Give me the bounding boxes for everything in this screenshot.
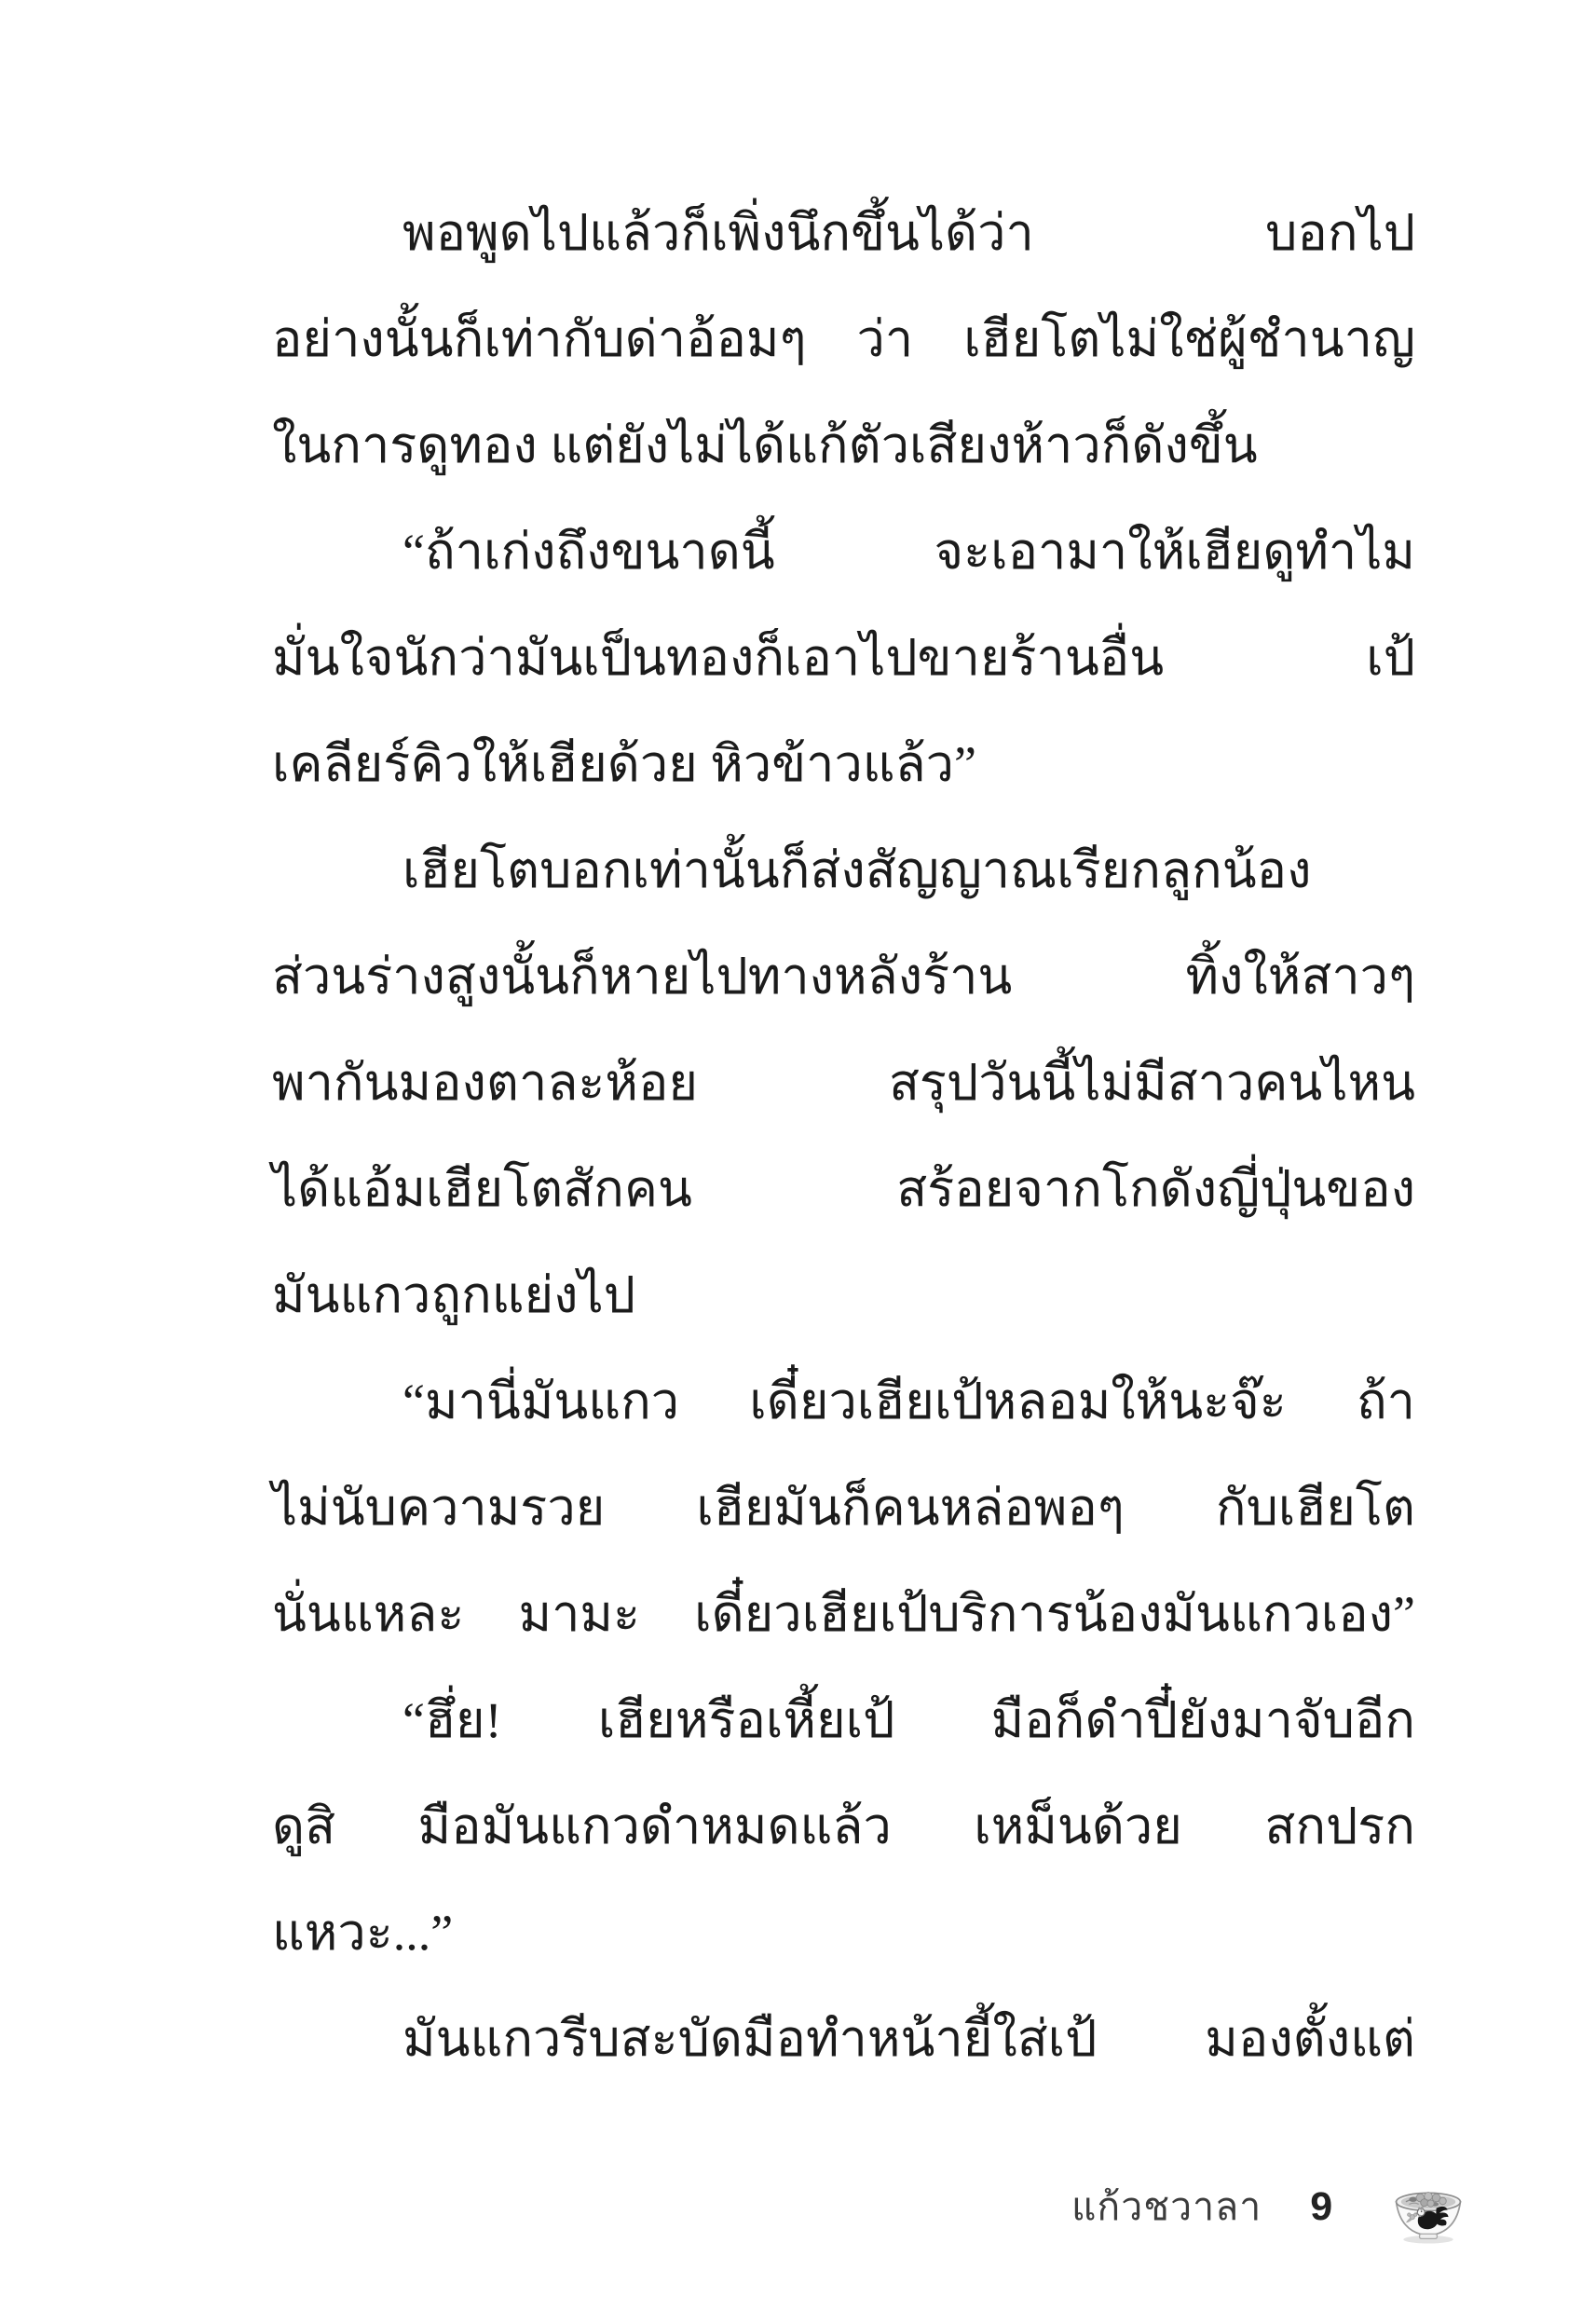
text-line: มันแกวถูกแย่งไป (272, 1242, 1415, 1348)
text-line: “ถ้าเก่งถึงขนาดนี้ จะเอามาให้เฮียดูทำไม (272, 499, 1415, 605)
text-line: นั่นแหละ มามะ เดี๋ยวเฮียเป้บริการน้องมัน… (272, 1561, 1415, 1667)
book-title: แก้วชวาลา (1071, 2177, 1262, 2237)
text-line: พอพูดไปแล้วก็เพิ่งนึกขึ้นได้ว่า บอกไป (272, 180, 1415, 286)
text-line: ดูสิ มือมันแกวดำหมดแล้ว เหม็นด้วย สกปรก (272, 1773, 1415, 1880)
page-footer: แก้วชวาลา 9 (1071, 2164, 1468, 2249)
text-line: แหวะ...” (272, 1880, 1415, 1986)
text-line: มันแกวรีบสะบัดมือทำหน้ายี้ใส่เป้ มองตั้ง… (272, 1986, 1415, 2092)
text-line: มั่นใจนักว่ามันเป็นทองก็เอาไปขายร้านอื่น… (272, 605, 1415, 711)
text-line: เฮียโตบอกเท่านั้นก็ส่งสัญญาณเรียกลูกน้อง (272, 817, 1415, 923)
text-line: ส่วนร่างสูงนั้นก็หายไปทางหลังร้าน ทิ้งให… (272, 923, 1415, 1030)
text-line: ในการดูทอง แต่ยังไม่ได้แก้ตัวเสียงห้าวก็… (272, 392, 1415, 499)
book-page: พอพูดไปแล้วก็เพิ่งนึกขึ้นได้ว่า บอกไป อย… (0, 0, 1596, 2311)
page-number: 9 (1310, 2184, 1332, 2230)
text-line: พากันมองตาละห้อย สรุปวันนี้ไม่มีสาวคนไหน (272, 1030, 1415, 1136)
page-text: พอพูดไปแล้วก็เพิ่งนึกขึ้นได้ว่า บอกไป อย… (272, 180, 1415, 2092)
noodle-bowl-icon (1388, 2167, 1468, 2247)
text-line: ได้แอ้มเฮียโตสักคน สร้อยจากโกดังญี่ปุ่นข… (272, 1136, 1415, 1242)
text-line: “ฮึ่ย! เฮียหรือเหี้ยเป้ มือก็ดำปี๋ยังมาจ… (272, 1667, 1415, 1773)
text-line: ไม่นับความรวย เฮียมันก็คนหล่อพอๆ กับเฮีย… (272, 1455, 1415, 1561)
text-line: เคลียร์คิวให้เฮียด้วย หิวข้าวแล้ว” (272, 711, 1415, 817)
text-line: อย่างนั้นก็เท่ากับด่าอ้อมๆ ว่า เฮียโตไม่… (272, 286, 1415, 392)
text-line: “มานี่มันแกว เดี๋ยวเฮียเป้หลอมให้นะจ๊ะ ถ… (272, 1348, 1415, 1455)
